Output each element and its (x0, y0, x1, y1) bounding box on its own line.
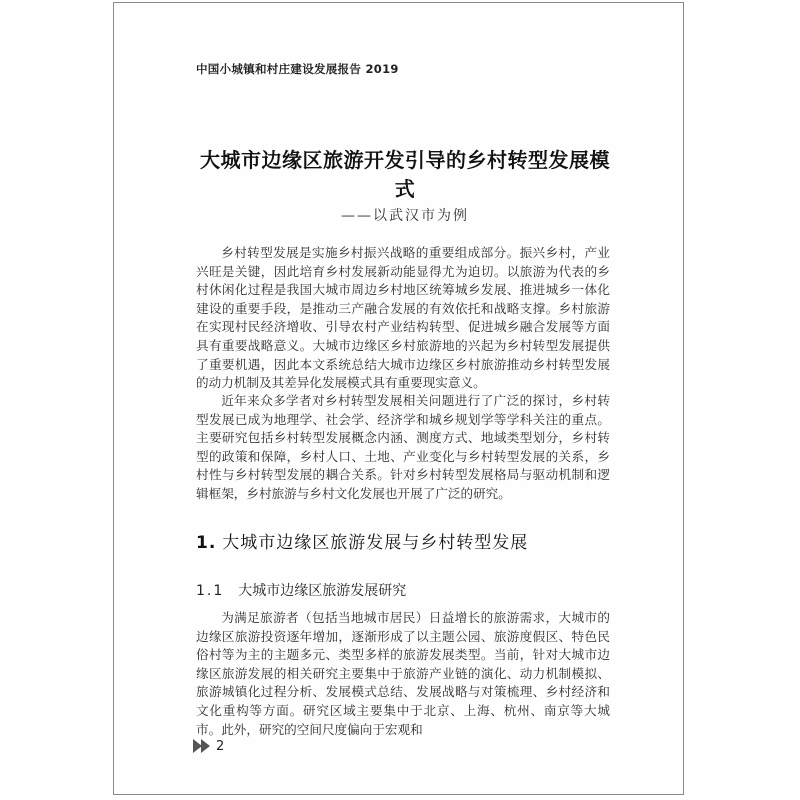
article-subtitle: ——以武汉市为例 (190, 205, 620, 225)
page-footer: 2 (193, 738, 224, 754)
subsection-heading-text: 大城市边缘区旅游发展研究 (238, 583, 406, 599)
section-paragraph: 为满足旅游者（包括当地城市居民）日益增长的旅游需求，大城市的边缘区旅游投资逐年增… (196, 609, 610, 739)
intro-paragraph-2: 近年来众多学者对乡村转型发展相关问题进行了广泛的探讨，乡村转型发展已成为地理学、… (196, 392, 610, 504)
subsection-heading-1-1: 1.1大城市边缘区旅游发展研究 (196, 580, 406, 600)
page-number: 2 (216, 739, 224, 754)
intro-paragraph-1: 乡村转型发展是实施乡村振兴战略的重要组成部分。振兴乡村，产业兴旺是关键，因此培育… (196, 244, 610, 393)
article-title: 大城市边缘区旅游开发引导的乡村转型发展模式 (190, 144, 620, 202)
subsection-number: 1.1 (196, 583, 224, 599)
section-heading-text: 大城市边缘区旅游发展与乡村转型发展 (222, 533, 528, 553)
section-heading-1: 1.大城市边缘区旅游发展与乡村转型发展 (196, 528, 528, 553)
running-header: 中国小城镇和村庄建设发展报告 2019 (196, 61, 399, 77)
section-number: 1. (196, 533, 216, 553)
double-arrow-icon (193, 738, 213, 754)
